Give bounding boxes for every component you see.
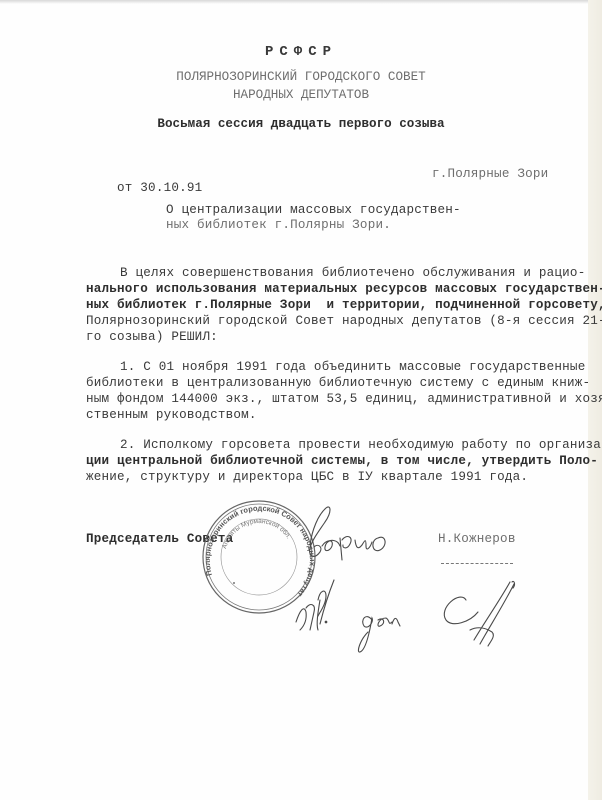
council-name-line1: ПОЛЯРНОЗОРИНСКИЙ ГОРОДСКОГО СОВЕТ [0,70,602,84]
svg-text:Апатиты Мурманской обл.: Апатиты Мурманской обл. [221,518,292,550]
subject-line2: ных библиотек г.Полярны Зори. [166,218,391,232]
preamble-line: го созыва) РЕШИЛ: [86,330,218,344]
preamble-line: Полярнозоринский городской Совет народны… [86,314,602,328]
svg-text:Полярнозоринский городской Сов: Полярнозоринский городской Совет народны… [198,497,317,599]
signature-underline [441,563,513,564]
republic-heading: РСФСР [0,44,602,60]
item1-line: ственным руководством. [86,408,257,422]
official-stamp-icon: Полярнозоринский городской Совет народны… [198,497,320,615]
document-page: РСФСР ПОЛЯРНОЗОРИНСКИЙ ГОРОДСКОГО СОВЕТ … [0,0,602,800]
scan-top-shadow [0,0,602,4]
item2-line: ции центральной библиотечной системы, в … [86,454,598,468]
item1-line: библиотеки в централизованную библиотечн… [86,376,590,390]
item1-line: 1. С 01 ноября 1991 года объединить масс… [120,360,585,374]
chairman-name: Н.Кожнеров [438,532,516,546]
preamble-line: В целях совершенствования библиотечено о… [120,266,585,280]
session-line: Восьмая сессия двадцать первого созыва [0,117,602,131]
preamble-line: ных библиотек г.Полярные Зори и территор… [86,298,602,312]
item1-line: ным фондом 144000 экз., штатом 53,5 един… [86,392,602,406]
preamble-line: нального использования материальных ресу… [86,282,602,296]
item2-line: 2. Исполкому горсовета провести необходи… [120,438,602,452]
decision-place: г.Полярные Зори [432,167,548,181]
item2-line: жение, структуру и директора ЦБС в IУ кв… [86,470,528,484]
subject-line1: О централизации массовых государствен- [166,203,461,217]
council-name-line2: НАРОДНЫХ ДЕПУТАТОВ [0,88,602,102]
